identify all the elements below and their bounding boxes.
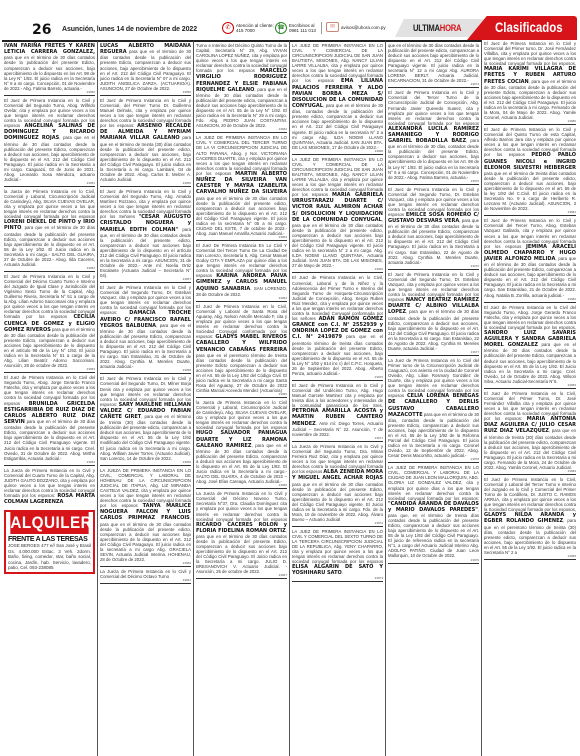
ad-text: , para que en el término de 30 días cont…	[388, 218, 479, 265]
ad-text: El Juez de Primera Instancia en lo Civil…	[388, 90, 479, 125]
brand-hora: HORA	[440, 23, 462, 33]
ad-text: LA JUEZ DE PRIMERA INSTANCIA EN LO CIVIL…	[196, 135, 287, 175]
ad-text: El Juez de Primera Instancia en lo Civil…	[484, 41, 576, 66]
ad-code: 23962	[196, 128, 287, 131]
classifieds-columns: IVAN FARIÑA FRETES Y KAREN LETICIA CARRE…	[2, 40, 578, 756]
classified-ad: El Juez de Primera Instancia en lo Civil…	[292, 382, 383, 442]
contact-whatsapp: ☎ Escribinos al0981 111 013	[275, 22, 322, 34]
ad-text: , para que en el término de 30 días cont…	[100, 515, 191, 562]
ad-code: 23972	[292, 522, 383, 525]
contact-phone-value: 415 7000	[236, 28, 255, 33]
ad-code: 23955	[100, 91, 191, 94]
brand-logo: ULTIMAHORA	[413, 23, 461, 33]
classified-ad: El Juez de Primera Instancia en lo Civil…	[484, 304, 576, 389]
ad-code: 23984	[484, 470, 576, 473]
ad-code: 23975	[388, 180, 479, 183]
classified-ad: El Juez de Primera Instancia en lo Civil…	[292, 274, 383, 381]
classified-ad: Turno e Interino del Décimo Quinto Turno…	[196, 42, 287, 133]
classified-ad: El Juez de Primera Instancia en lo Civil…	[4, 97, 95, 187]
ad-code: 23977	[388, 351, 479, 354]
ad-text: LA JUEZ DE PRIMERA INSTANCIA EN LO CIVIL…	[292, 157, 383, 197]
ad-text: , para que en el término de 30 días cont…	[292, 217, 383, 269]
ad-text: , para que en el término de 30 días, con…	[484, 79, 576, 120]
ad-party-names: IVAN FARIÑA FRETES Y KAREN LETICIA CARRE…	[4, 43, 95, 55]
ad-code: 23981	[484, 211, 576, 214]
column-5: que en el término de 30 días contados de…	[386, 40, 482, 756]
ad-code: 23954	[4, 461, 95, 464]
classified-ad: El Juez de Primera Instancia en lo Civil…	[388, 89, 479, 184]
contact-whatsapp-value: 0981 111 013	[289, 28, 316, 33]
classified-ad: LA JUEZ DE PRIMERA INSTANCIA EN LO CIVIL…	[292, 528, 383, 582]
ad-code: 23958	[100, 369, 191, 372]
ad-text: para que en el término de 30 días contad…	[196, 196, 287, 236]
rental-ad-subtitle: FRENTE A LAS TERESAS	[6, 534, 93, 543]
ad-text: El Juez de Primera Instancia en lo Civil…	[484, 305, 576, 330]
ad-code: 23969	[292, 268, 383, 271]
classified-ad: El Juez de Primera Instancia en lo Civil…	[484, 476, 576, 560]
rental-ad-title: ALQUILER	[10, 512, 88, 534]
ad-code: 23985	[484, 555, 576, 558]
ad-code: 23983	[484, 384, 576, 387]
whatsapp-icon: ☎	[275, 22, 287, 34]
ad-code: 23953	[4, 368, 95, 371]
ad-text: la Jueza de Primera Instancia en lo Civi…	[4, 189, 95, 219]
classified-ad: LA JUEZ DE PRIMERA INSTANCIA EN LO CIVIL…	[292, 156, 383, 274]
classified-ad: La Jueza de Primera Instancia en lo Civi…	[196, 490, 287, 579]
ad-code: 23959	[100, 461, 191, 464]
ad-text: , para que, en el término de treinta día…	[388, 507, 479, 559]
ad-code: 23973	[292, 577, 383, 580]
classified-ad: El Juez De Primera Instancia En Lo Civil…	[196, 242, 287, 302]
column-1: IVAN FARIÑA FRETES Y KAREN LETICIA CARRE…	[2, 40, 98, 756]
classified-ad: IVAN FARIÑA FRETES Y KAREN LETICIA CARRE…	[4, 42, 95, 96]
ad-code: 23980	[484, 120, 576, 123]
ad-text: LA JUEZ DE PRIMERA INSTANCIA EN LO CIVIL…	[388, 465, 479, 500]
classified-ad: El Juez de Primera Instancia en lo Civil…	[196, 303, 287, 398]
ad-code: 23951	[4, 182, 95, 185]
classified-ad: El Juez de Primera Instancia en lo Civil…	[100, 284, 191, 374]
page-header: 26 Asunción, lunes 14 de noviembre de 20…	[0, 0, 580, 40]
ad-text: LA JUEZA DE PRIMERA INSTANCIA EN LO CIVI…	[100, 468, 191, 508]
ad-text: , para que en el término de treinta (30)…	[100, 414, 191, 461]
column-2: LUCAS ALBERTO MAIDANA REGUERA para que e…	[98, 40, 194, 756]
classified-ad: El Juez de Primera Instancia en lo Civil…	[100, 375, 191, 465]
ad-text: , para que en el término de 30 días, con…	[292, 103, 383, 150]
classified-ad: El Juez de Primera Instancia en lo Civil…	[4, 273, 95, 373]
ad-text: para que en el perentorio término de tre…	[196, 353, 287, 393]
ad-text: para que en el término de 30 días, conta…	[388, 412, 479, 459]
ad-text: , para que en el término de 30 días cont…	[4, 135, 95, 182]
classified-ad: El Juez de Primera Instancia en lo Civil…	[484, 217, 576, 302]
ad-code: 23976	[388, 265, 479, 268]
ad-text: , para que en el término de 30 días cont…	[484, 256, 576, 297]
ad-code: 23964	[196, 297, 287, 300]
ad-text: para que en el término de treinta (30) d…	[100, 135, 191, 182]
contact-email-value[interactable]: avisos@uhora.com.py	[341, 25, 386, 30]
ad-text: para que en el término de 30 días contad…	[4, 55, 95, 90]
column-3: Turno e Interino del Décimo Quinto Turno…	[194, 40, 290, 756]
ad-code: 23961	[100, 579, 191, 582]
ad-code: 23966	[196, 484, 287, 487]
ad-code: 23956	[100, 182, 191, 185]
contact-phone: ✆ Atención al cliente:415 7000	[222, 22, 280, 34]
ad-text: , para que en el término de 30 días cont…	[4, 225, 95, 266]
rental-ad-body: JOSE BERGES 477 e// San José y Brasil Gs…	[6, 543, 93, 572]
ad-text: , para que en el término de 30 días cont…	[100, 323, 191, 370]
mail-icon: ✉	[326, 22, 339, 32]
ad-code: 23965	[196, 393, 287, 396]
ad-text: para que en el término de 30 días contad…	[484, 342, 576, 383]
ad-code: 23960	[100, 562, 191, 565]
ad-code: 23979	[388, 559, 479, 562]
ad-code: 23963	[196, 236, 287, 239]
ad-code: 23952	[4, 267, 95, 270]
section-title: Clasificados	[495, 19, 563, 35]
column-4: LA JUEZ DE PRIMERA INSTANCIA EN LO CIVIL…	[290, 40, 386, 756]
ad-party-names: RICARDO CACERES ROLON y FLORIA FIDELINA …	[196, 522, 287, 534]
classified-ad: LUCAS ALBERTO MAIDANA REGUERA para que e…	[100, 42, 191, 96]
ad-text: la Jueza de Primera Instancia en lo Civi…	[196, 400, 287, 430]
ad-text: , para que en el término de treinta (30)…	[484, 428, 576, 469]
ad-code: 23968	[292, 150, 383, 153]
ad-text: La Jueza de Primera Instancia en lo Civi…	[100, 569, 191, 579]
ad-code: 23957	[100, 278, 191, 281]
classified-ad: la Jueza de Primera Instancia en lo Civi…	[196, 399, 287, 489]
ad-text: para que en el término de 30 días contad…	[292, 482, 383, 522]
ad-code: 23967	[196, 574, 287, 577]
ad-code: 23950	[4, 91, 95, 94]
section-banner: ULTIMAHORA Clasificados	[395, 16, 580, 40]
classified-ad: La Juez de Primera Instancia en lo Civil…	[388, 357, 479, 464]
classified-ad: El Juez de Primera Instancia en lo Civil…	[484, 390, 576, 475]
ad-text: para que en el término de 30 días contad…	[4, 419, 95, 460]
divider	[321, 22, 322, 34]
ad-text: El Juez de Primera Instancia en lo Civil…	[292, 383, 383, 408]
classified-ad: que en el término de 30 días contados de…	[388, 42, 479, 88]
ad-text: .	[342, 570, 343, 575]
ad-text: para que en el término de 30 días contad…	[4, 327, 95, 368]
ad-text: para que en el término de treinta días c…	[484, 171, 576, 211]
ad-text: , para que en el perentorio término de t…	[484, 518, 576, 554]
ad-text: , para que en el término de 30 días cont…	[388, 309, 479, 350]
classified-ad: La Jueza de Primera Instancia en lo Civi…	[292, 443, 383, 527]
ad-code: 23970	[292, 376, 383, 379]
classified-ad: La Jueza de Primera Instancia en lo Civi…	[4, 467, 95, 507]
classified-ad: la Jueza de Primera Instancia en lo Civi…	[4, 188, 95, 272]
phone-icon: ✆	[222, 22, 234, 34]
ad-text: , para que en el término de 30 días, con…	[388, 138, 479, 179]
ad-text: El Juez de Primera Instancia en lo Civil…	[4, 274, 95, 319]
ad-code: 23974	[388, 83, 479, 86]
ad-text: para que en el perentorio término de tre…	[292, 334, 383, 375]
classified-ad: LA JUEZ DE PRIMERA INSTANCIA EN LO CIVIL…	[196, 134, 287, 241]
classified-ad: LA JUEZA DE PRIMERA INSTANCIA EN LO CIVI…	[100, 467, 191, 567]
column-6: El Juez de Primera Instancia en lo Civil…	[482, 40, 578, 756]
ad-text: LA JUEZ DE PRIMERA INSTANCIA EN LO CIVIL…	[292, 529, 383, 564]
contact-email[interactable]: ✉ avisos@uhora.com.py	[326, 22, 386, 32]
ad-text: El Juez de Primera Instancia en lo Civil…	[292, 275, 383, 320]
classified-ad: LA JUEZ DE PRIMERA INSTANCIA EN LO CIVIL…	[292, 42, 383, 155]
page-number: 26	[32, 22, 51, 38]
date-line: Asunción, lunes 14 de noviembre de 2022	[62, 26, 197, 33]
classified-ad: El Juez de Primera Instancia en lo Civil…	[100, 97, 191, 187]
classified-ad: El Juez de Primera Instancia en lo Civil…	[388, 271, 479, 356]
ad-party-names: "CANDIDA ARANDA DE DAVALOS y MARIO DAVAL…	[388, 501, 479, 513]
ad-code: 23971	[292, 437, 383, 440]
classified-ad: LA JUEZ DE PRIMERA INSTANCIA EN LO CIVIL…	[388, 464, 479, 563]
classified-ad: El Juez de Primera Instancia en lo Civil…	[100, 188, 191, 283]
classified-ad: El Juez de Primera Instancia en lo Civil…	[4, 374, 95, 465]
ad-text: La Juez de Primera Instancia en lo Civil…	[388, 358, 479, 398]
ad-text: para que, en el término de 30 días conta…	[100, 227, 191, 279]
ad-party-names: ELISA ALGARIN DE SATO Y YOSHIHARU SATO	[292, 564, 383, 576]
classified-ad: El Juez de Primera Instancia en lo Civil…	[484, 126, 576, 216]
classified-ad: El Juez de Primera Instancia en lo Civil…	[388, 186, 479, 270]
ad-text: El Juez de Primera Instancia en lo Civil…	[484, 477, 576, 512]
classified-ad: La Jueza de Primera Instancia en lo Civi…	[100, 568, 191, 584]
brand-ultima: ULTIMA	[413, 23, 440, 33]
ad-text: , para que en el término de 30 días cont…	[196, 87, 287, 128]
ad-text: LA JUEZ DE PRIMERA INSTANCIA EN LO CIVIL…	[292, 43, 383, 83]
ad-text: La Jueza de Primera Instancia en lo Civi…	[196, 491, 287, 521]
ad-code: 23982	[484, 298, 576, 301]
rental-ad-box: ALQUILER FRENTE A LAS TERESAS JOSE BERGE…	[4, 510, 95, 574]
ad-text: que en el término de 30 días contados de…	[388, 43, 479, 83]
classified-ad: El Juez de Primera Instancia en lo Civil…	[484, 40, 576, 125]
ad-text: para que en el término de 30 días contad…	[100, 49, 191, 90]
ad-text: , para que en el término de 30 días cont…	[196, 443, 287, 484]
ad-text: , para que en el término de 30 días cont…	[196, 528, 287, 575]
ad-code: 23978	[388, 458, 479, 461]
